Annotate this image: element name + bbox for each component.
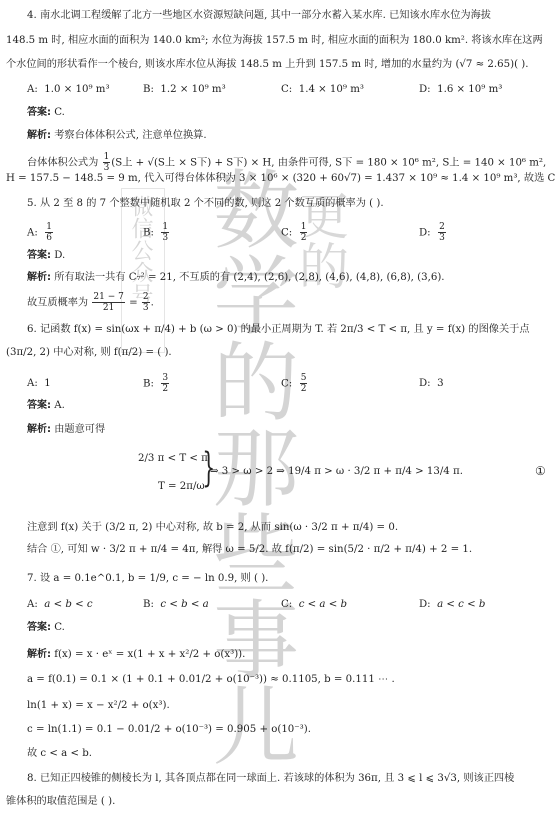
option-label: C: bbox=[281, 84, 292, 95]
conclusion-fraction: 21 − 721 bbox=[92, 292, 124, 313]
q5-conclusion: 故互质概率为 21 − 721 = 23. bbox=[27, 292, 154, 313]
answer-label: 答案: bbox=[27, 250, 51, 261]
q7-analysis-line3: ln(1 + x) = x − x²/2 + o(x³). bbox=[27, 699, 170, 713]
analysis-text: 所有取法一共有 C₇² = 21, 不互质的有 (2,4), (2,6), (2… bbox=[54, 272, 444, 283]
answer-value: D. bbox=[54, 250, 65, 261]
equals-sign: = bbox=[129, 298, 138, 309]
option-value: c < a < b bbox=[299, 599, 347, 610]
option-value: 1.0 × 10⁹ m³ bbox=[44, 84, 109, 95]
option-label: D: bbox=[419, 599, 431, 610]
q6-option-d: D: 3 bbox=[419, 377, 444, 391]
q6-note2: 结合 ①, 可知 w · 3/2 π + π/4 = 4π, 解得 ω = 5/… bbox=[27, 543, 472, 557]
option-label: C: bbox=[281, 228, 292, 239]
option-fraction: 12 bbox=[300, 222, 308, 243]
option-value: 1.6 × 10⁹ m³ bbox=[437, 84, 502, 95]
q8-stem-line2: 锥体积的取值范围是 ( ). bbox=[6, 795, 115, 809]
option-value: c < b < a bbox=[160, 599, 208, 610]
analysis-text: 考察台体体积公式, 注意单位换算. bbox=[54, 130, 206, 141]
analysis-label: 解析: bbox=[27, 424, 51, 435]
q4-option-d: D: 1.6 × 10⁹ m³ bbox=[419, 83, 502, 97]
q4-stem-line3: 个水位间的形状看作一个棱台, 则该水库水位从海拔 148.5 m 上升到 157… bbox=[6, 58, 529, 72]
analysis-label: 解析: bbox=[27, 130, 51, 141]
option-fraction: 16 bbox=[45, 222, 53, 243]
option-value: 1.2 × 10⁹ m³ bbox=[160, 84, 225, 95]
q7-answer: 答案: C. bbox=[27, 621, 65, 635]
q7-analysis-line4: c = ln(1.1) = 0.1 − 0.01/2 + o(10⁻³) = 0… bbox=[27, 723, 311, 737]
q4-option-c: C: 1.4 × 10⁹ m³ bbox=[281, 83, 364, 97]
q5-analysis: 解析: 所有取法一共有 C₇² = 21, 不互质的有 (2,4), (2,6)… bbox=[27, 271, 445, 285]
q5-option-c: C: 12 bbox=[281, 222, 308, 243]
q4-stem-line2: 148.5 m 时, 相应水面的面积为 140.0 km²; 水位为海拔 157… bbox=[6, 34, 543, 48]
option-label: A: bbox=[27, 84, 38, 95]
q5-option-a: A: 16 bbox=[27, 222, 54, 243]
q6-stem-line1: 6. 记函数 f(x) = sin(ωx + π/4) + b (ω > 0) … bbox=[27, 323, 530, 337]
answer-label: 答案: bbox=[27, 400, 51, 411]
q6-analysis: 解析: 由题意可得 bbox=[27, 423, 105, 437]
option-label: A: bbox=[27, 378, 38, 389]
analysis-text: 由题意可得 bbox=[54, 424, 105, 435]
q7-option-a: A: a < b < c bbox=[27, 598, 93, 612]
q6-answer: 答案: A. bbox=[27, 399, 65, 413]
result-fraction: 23 bbox=[142, 292, 150, 313]
option-label: A: bbox=[27, 228, 38, 239]
answer-label: 答案: bbox=[27, 622, 51, 633]
q7-option-d: D: a < c < b bbox=[419, 598, 485, 612]
option-label: D: bbox=[419, 84, 431, 95]
q4-stem-line1: 4. 南水北调工程缓解了北方一些地区水资源短缺问题, 其中一部分水蓄入某水库. … bbox=[27, 9, 491, 23]
q6-note1: 注意到 f(x) 关于 (3/2 π, 2) 中心对称, 故 b = 2, 从而… bbox=[27, 521, 398, 535]
q6-stem-line2: (3π/2, 2) 中心对称, 则 f(π/2) = ( ). bbox=[6, 346, 172, 360]
option-fraction: 52 bbox=[300, 373, 308, 394]
formula-body: (S上 + √(S上 × S下) + S下) × H, 由条件可得, S下 = … bbox=[111, 158, 546, 169]
conclusion-prefix: 故互质概率为 bbox=[27, 298, 88, 309]
formula-prefix: 台体体积公式为 bbox=[27, 158, 98, 169]
q6-option-b: B: 32 bbox=[143, 373, 170, 394]
option-label: D: bbox=[419, 228, 431, 239]
option-fraction: 13 bbox=[161, 222, 169, 243]
q5-stem: 5. 从 2 至 8 的 7 个整数中随机取 2 个不同的数, 则这 2 个数互… bbox=[27, 197, 384, 211]
option-fraction: 23 bbox=[438, 222, 446, 243]
q8-stem-line1: 8. 已知正四棱锥的侧棱长为 l, 其各顶点都在同一球面上. 若该球的体积为 3… bbox=[27, 772, 514, 786]
answer-value: C. bbox=[54, 107, 65, 118]
answer-label: 答案: bbox=[27, 107, 51, 118]
option-label: C: bbox=[281, 599, 292, 610]
q6-implication: ⇒ 3 > ω > 2 ⇒ 19/4 π > ω · 3/2 π + π/4 >… bbox=[210, 465, 463, 479]
q7-analysis: 解析: f(x) = x · eˣ = x(1 + x + x²/2 + o(x… bbox=[27, 648, 245, 662]
q5-option-b: B: 13 bbox=[143, 222, 170, 243]
option-value: 1.4 × 10⁹ m³ bbox=[299, 84, 364, 95]
q7-analysis-line2: a = f(0.1) = 0.1 × (1 + 0.1 + 0.01/2 + o… bbox=[27, 673, 395, 687]
q4-option-b: B: 1.2 × 10⁹ m³ bbox=[143, 83, 226, 97]
q4-formula: 台体体积公式为 13(S上 + √(S上 × S下) + S下) × H, 由条… bbox=[27, 152, 546, 173]
equation-tag: ① bbox=[535, 464, 546, 478]
q5-option-d: D: 23 bbox=[419, 222, 447, 243]
fraction-one-third: 13 bbox=[103, 152, 111, 173]
q7-option-c: C: c < a < b bbox=[281, 598, 347, 612]
option-label: B: bbox=[143, 84, 154, 95]
q4-option-a: A: 1.0 × 10⁹ m³ bbox=[27, 83, 110, 97]
document-page: 微信公众号 数学的那些事儿 更的 4. 南水北调工程缓解了北方一些地区水资源短缺… bbox=[0, 0, 555, 817]
q7-option-b: B: c < b < a bbox=[143, 598, 209, 612]
option-value: 1 bbox=[44, 378, 50, 389]
q4-formula-line2: H = 157.5 − 148.5 = 9 m, 代入可得台体体积为 3 × 1… bbox=[6, 172, 555, 186]
option-label: C: bbox=[281, 379, 292, 390]
answer-value: A. bbox=[54, 400, 65, 411]
analysis-label: 解析: bbox=[27, 649, 51, 660]
option-label: B: bbox=[143, 379, 154, 390]
option-fraction: 32 bbox=[161, 373, 169, 394]
option-label: A: bbox=[27, 599, 38, 610]
q7-stem: 7. 设 a = 0.1e^0.1, b = 1/9, c = − ln 0.9… bbox=[27, 572, 268, 586]
analysis-label: 解析: bbox=[27, 272, 51, 283]
option-label: D: bbox=[419, 378, 431, 389]
q7-conclusion: 故 c < a < b. bbox=[27, 747, 92, 761]
q4-answer: 答案: C. bbox=[27, 106, 65, 120]
q6-option-c: C: 52 bbox=[281, 373, 308, 394]
option-value: a < c < b bbox=[437, 599, 485, 610]
analysis-line: f(x) = x · eˣ = x(1 + x + x²/2 + o(x³)). bbox=[54, 649, 245, 660]
option-label: B: bbox=[143, 599, 154, 610]
q6-option-a: A: 1 bbox=[27, 377, 51, 391]
option-value: a < b < c bbox=[44, 599, 92, 610]
option-label: B: bbox=[143, 228, 154, 239]
answer-value: C. bbox=[54, 622, 65, 633]
option-value: 3 bbox=[437, 378, 443, 389]
q5-answer: 答案: D. bbox=[27, 249, 65, 263]
q4-analysis: 解析: 考察台体体积公式, 注意单位换算. bbox=[27, 129, 207, 143]
